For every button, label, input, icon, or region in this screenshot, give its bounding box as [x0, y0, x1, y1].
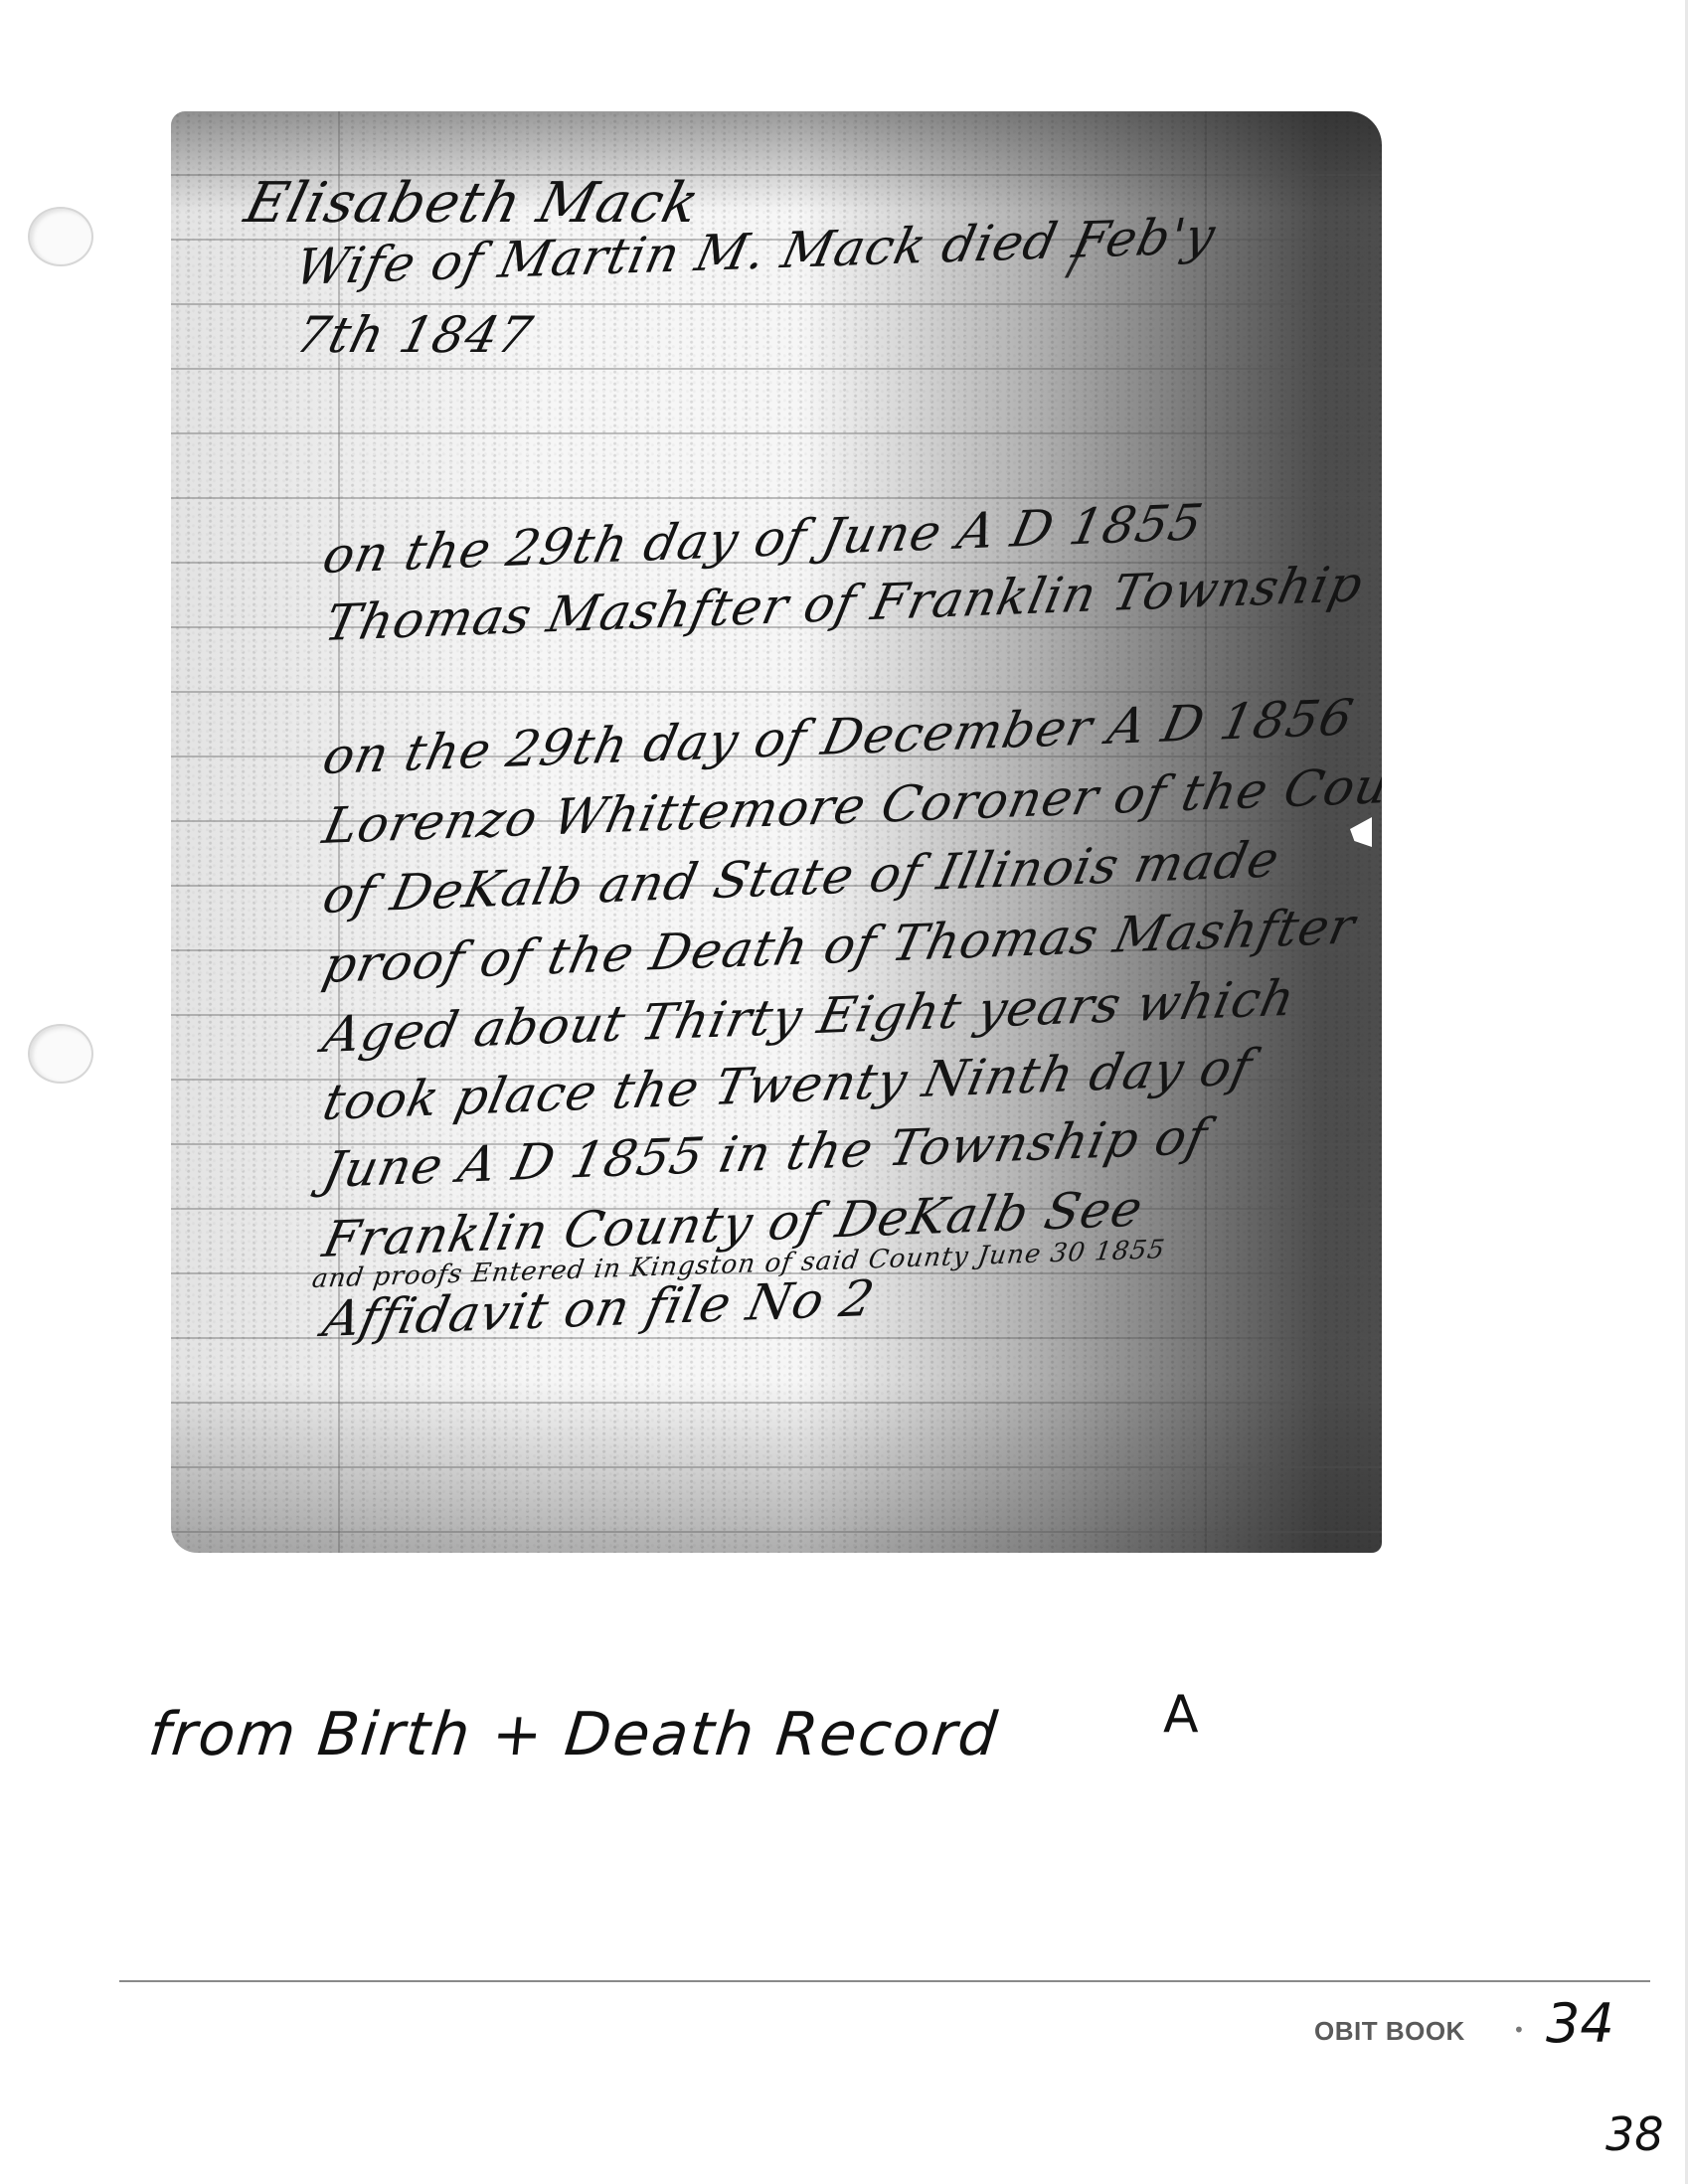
obit-book-separator: • [1513, 2018, 1525, 2042]
source-annotation-mark: A [1163, 1685, 1199, 1745]
obit-book-label: OBIT BOOK [1314, 2016, 1465, 2047]
obit-book-number: 34 [1546, 1992, 1614, 2055]
entry-1-name: Elisabeth Mack [239, 171, 706, 236]
source-annotation: from Birth + Death Record [145, 1700, 1001, 1769]
footer-divider [119, 1980, 1650, 1982]
page-number: 38 [1605, 2107, 1664, 2161]
punch-hole-top [28, 207, 93, 266]
ledger-page-scan: / Elisabeth Mack Wife of Martin M. Mack … [171, 111, 1382, 1553]
ledger-column-rule [1205, 111, 1207, 1553]
page-tear [1350, 817, 1372, 847]
entry-1-date: 7th 1847 [290, 306, 539, 364]
punch-hole-bottom [28, 1024, 93, 1084]
